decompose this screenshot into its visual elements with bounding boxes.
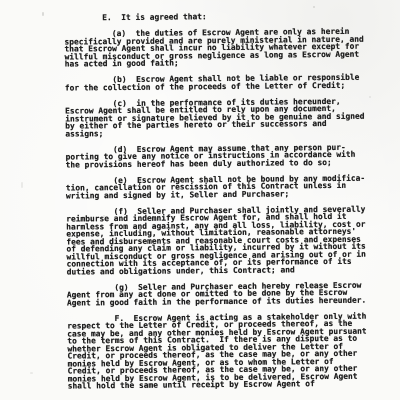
scan-speck — [42, 12, 44, 16]
text-line: shall hold the same until receipt by Esc… — [68, 379, 384, 390]
text-line: the provisions hereof has been duly auth… — [66, 158, 382, 169]
scan-speck — [313, 6, 315, 8]
clause-e: (e) Escrow Agent shall not be bound by a… — [66, 174, 382, 200]
document-page: E. It is agreed that: (a) the duties of … — [0, 0, 400, 400]
document-body: E. It is agreed that: (a) the duties of … — [64, 11, 384, 390]
text-line: duties and obligations under, this Contr… — [67, 265, 383, 276]
clause-c: (c) in the performance of its duties her… — [65, 97, 381, 138]
text-line: writing and signed by it, Seller and Pur… — [66, 189, 382, 200]
text-line: E. It is agreed that: — [64, 11, 380, 22]
scan-speck — [21, 182, 23, 188]
section-f: F. Escrow Agent is acting as a stakehold… — [67, 312, 384, 390]
scan-speck — [30, 372, 33, 374]
clause-b: (b) Escrow Agent shall not be liable or … — [65, 73, 381, 91]
clause-a: (a) the duties of Escrow Agent are only … — [64, 27, 380, 68]
text-line: for the collection of the proceeds of th… — [65, 81, 381, 92]
clause-d: (d) Escrow Agent may assume that any per… — [65, 143, 381, 169]
section-e-heading: E. It is agreed that: — [64, 11, 380, 22]
text-line: Agent in good faith in the performance o… — [67, 296, 383, 307]
clause-f: (f) Seller and Purchaser shall jointly a… — [66, 205, 383, 276]
clause-g: (g) Seller and Purchaser each hereby rel… — [67, 281, 383, 307]
